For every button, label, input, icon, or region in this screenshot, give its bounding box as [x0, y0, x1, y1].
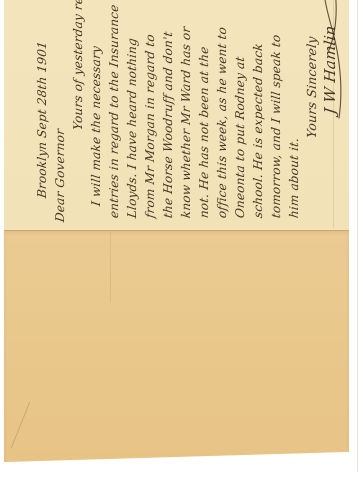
folded-lower-leaf [4, 230, 349, 462]
closing-line: Yours Sincerely [303, 0, 321, 138]
scanned-letter: Brooklyn Sept 28th 1901 Dear Governor Yo… [0, 0, 363, 500]
handwriting-block: Brooklyn Sept 28th 1901 Dear Governor Yo… [30, 0, 349, 230]
signature: J W Hamlin [321, 0, 343, 114]
body-line: know whether Mr Ward has or [177, 0, 195, 218]
body-line: school. He is expected back [249, 0, 267, 218]
body-line: entries in regard to the Insurance [105, 0, 123, 218]
body-line: I will make the necessary [87, 0, 105, 206]
date-line: Brooklyn Sept 28th 1901 [33, 0, 51, 198]
opening-line: Yours of yesterday rec'd [69, 0, 87, 130]
body-line: office this week, as he went to [213, 0, 231, 218]
scanner-edge-line [357, 0, 358, 472]
body-line: him about it. [285, 0, 303, 218]
letter-paper: Brooklyn Sept 28th 1901 Dear Governor Yo… [4, 0, 349, 462]
salutation-line: Dear Governor [51, 0, 69, 222]
body-line: tomorrow, and I will speak to [267, 0, 285, 218]
body-line: Lloyds. I have heard nothing [123, 0, 141, 218]
paper-crease-vertical-lower [110, 232, 111, 302]
body-line: Oneonta to put Rodney at [231, 0, 249, 218]
body-line: the Horse Woodruff and don't [159, 0, 177, 218]
body-line: from Mr Morgan in regard to [141, 0, 159, 218]
body-line: not. He has not been at the [195, 0, 213, 218]
